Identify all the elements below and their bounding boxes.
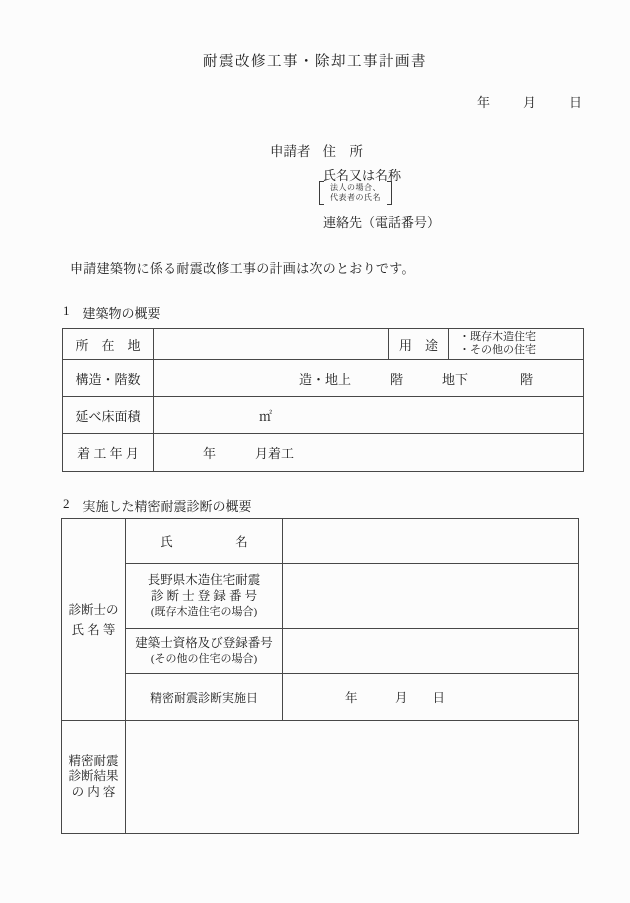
use-options-cell: ・既存木造住宅 ・その他の住宅 — [449, 329, 584, 360]
section1-title: 建築物の概要 — [83, 303, 161, 322]
architect-registration-label-cell: 建築士資格及び登録番号 (その他の住宅の場合) — [126, 629, 283, 674]
section1-number: 1 — [63, 303, 70, 322]
bracket-right — [387, 181, 392, 205]
diagnostician-name-label-cell: 氏 名 — [126, 519, 283, 564]
diagnosis-result-label-line-3: の 内 容 — [62, 785, 125, 801]
document-page: 耐震改修工事・除却工事計画書 年 月 日 申請者 住 所 氏名又は名称 法人の場… — [0, 0, 630, 903]
diagnosis-result-label-line-1: 精密耐震 — [62, 754, 125, 770]
applicant-line: 申請者 住 所 — [270, 140, 363, 160]
table-row: 構造・階数 造・地上 階 地下 階 — [63, 360, 584, 397]
location-value-cell — [154, 329, 389, 360]
diagnosis-result-value-cell — [126, 721, 579, 834]
table-row: 建築士資格及び登録番号 (その他の住宅の場合) — [62, 629, 579, 674]
diagnostician-group-cell: 診断士の 氏 名 等 — [62, 519, 126, 721]
nagano-registration-line-1: 長野県木造住宅耐震 — [126, 572, 282, 588]
note-line-1: 法人の場合、 — [330, 183, 381, 193]
start-date-label-cell: 着 工 年 月 — [63, 434, 154, 472]
date-line: 年 月 日 — [477, 92, 582, 111]
note-text: 法人の場合、 代表者の氏名 — [324, 181, 387, 205]
use-label-cell: 用 途 — [389, 329, 449, 360]
table-row: 所 在 地 用 途 ・既存木造住宅 ・その他の住宅 — [63, 329, 584, 360]
date-day-label: 日 — [569, 92, 582, 111]
diagnostician-name-value-cell — [283, 519, 579, 564]
applicant-label: 申請者 — [270, 140, 311, 160]
building-overview-table: 所 在 地 用 途 ・既存木造住宅 ・その他の住宅 構造・階数 造・地上 階 地… — [62, 328, 584, 472]
diagnosis-result-label-cell: 精密耐震 診断結果 の 内 容 — [62, 721, 126, 834]
diagnosis-date-value-cell: 年 月 日 — [283, 674, 579, 721]
table-row: 延べ床面積 ㎡ — [63, 397, 584, 434]
nagano-registration-line-3: (既存木造住宅の場合) — [126, 604, 282, 620]
diagnosis-date-label-cell: 精密耐震診断実施日 — [126, 674, 283, 721]
date-year-label: 年 — [477, 92, 490, 111]
nagano-registration-line-2: 診 断 士 登 録 番 号 — [126, 588, 282, 604]
table-row: 診断士の 氏 名 等 氏 名 — [62, 519, 579, 564]
table-row: 精密耐震 診断結果 の 内 容 — [62, 721, 579, 834]
applicant-contact-label: 連絡先（電話番号） — [323, 212, 440, 231]
location-label-cell: 所 在 地 — [63, 329, 154, 360]
table-row: 精密耐震診断実施日 年 月 日 — [62, 674, 579, 721]
seismic-diagnosis-table: 診断士の 氏 名 等 氏 名 長野県木造住宅耐震 診 断 士 登 録 番 号 (… — [61, 518, 579, 834]
section1-heading: 1 建築物の概要 — [63, 303, 161, 322]
intro-text: 申請建築物に係る耐震改修工事の計画は次のとおりです。 — [70, 258, 415, 277]
architect-registration-value-cell — [283, 629, 579, 674]
architect-registration-line-1: 建築士資格及び登録番号 — [126, 635, 282, 651]
date-month-label: 月 — [523, 92, 536, 111]
start-date-value-cell: 年 月着工 — [154, 434, 584, 472]
diagnostician-group-line-1: 診断士の — [62, 600, 125, 620]
floor-area-value-cell: ㎡ — [154, 397, 584, 434]
diagnostician-group-line-2: 氏 名 等 — [62, 620, 125, 640]
structure-value-cell: 造・地上 階 地下 階 — [154, 360, 584, 397]
applicant-address-label: 住 所 — [323, 140, 364, 160]
use-option-existing-wooden: ・既存木造住宅 — [459, 331, 583, 344]
corporate-representative-note: 法人の場合、 代表者の氏名 — [319, 181, 392, 205]
structure-label-cell: 構造・階数 — [63, 360, 154, 397]
floor-area-label-cell: 延べ床面積 — [63, 397, 154, 434]
nagano-registration-value-cell — [283, 564, 579, 629]
section2-heading: 2 実施した精密耐震診断の概要 — [63, 496, 252, 515]
page-title: 耐震改修工事・除却工事計画書 — [0, 50, 630, 71]
section2-title: 実施した精密耐震診断の概要 — [83, 496, 252, 515]
use-option-other-housing: ・その他の住宅 — [459, 344, 583, 357]
diagnosis-result-label-line-2: 診断結果 — [62, 769, 125, 785]
section2-number: 2 — [63, 496, 70, 515]
architect-registration-line-2: (その他の住宅の場合) — [126, 651, 282, 667]
table-row: 長野県木造住宅耐震 診 断 士 登 録 番 号 (既存木造住宅の場合) — [62, 564, 579, 629]
table-row: 着 工 年 月 年 月着工 — [63, 434, 584, 472]
note-line-2: 代表者の氏名 — [330, 193, 381, 203]
nagano-registration-label-cell: 長野県木造住宅耐震 診 断 士 登 録 番 号 (既存木造住宅の場合) — [126, 564, 283, 629]
